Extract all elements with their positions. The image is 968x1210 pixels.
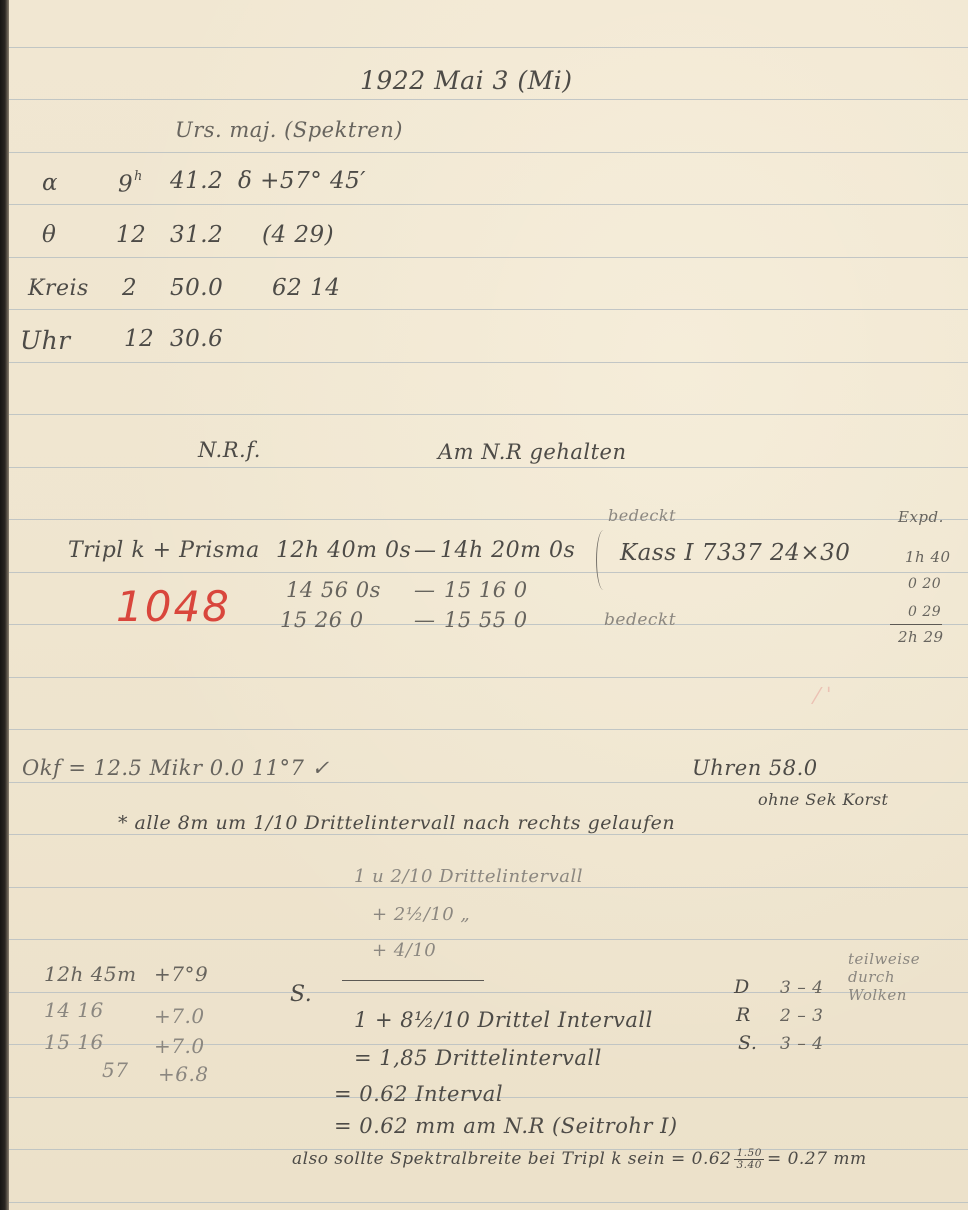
exposure-row-dash: — [414,608,436,632]
temperature-value: +7°9 [154,962,208,986]
exposure-row-note: bedeckt [604,610,676,630]
cassette-note: bedeckt [608,506,676,525]
conclusion-text: also sollte Spektralbreite bei Tripl k s… [292,1149,731,1169]
sum-overline [342,980,484,981]
pencil-calc-line: + 4/10 [372,940,436,961]
ruled-line [9,572,968,573]
equals-line: = 1,85 Drittelintervall [354,1046,602,1070]
ruled-line [9,992,968,993]
seeing-label: S. [738,1032,757,1054]
exposure-row-end: 14h 20m 0s [440,538,575,563]
notebook-page: ⁄ ˈ 1922 Mai 3 (Mi) Urs. maj. (Spektren)… [0,0,968,1210]
ruled-line [9,519,968,520]
temperature-value: +7.0 [154,1004,205,1028]
pencil-calc-line: + 2½/10 „ [372,904,470,925]
ruled-line [9,152,968,153]
object-row-ra-h: 2 [122,275,137,301]
okular-line: Okf = 12.5 Mikr 0.0 11°7 ✓ [22,756,330,780]
equals-line: = 0.62 mm am N.R (Seitrohr I) [334,1114,678,1138]
object-row-dec: (4 29) [262,222,334,248]
temperature-value: +6.8 [158,1062,209,1086]
instrument-label: Tripl k + Prisma [68,538,260,563]
seeing-label: R [736,1004,751,1026]
ruled-line [9,782,968,783]
object-row-label: α [42,170,58,196]
ruled-line [9,257,968,258]
temperature-value: +7.0 [154,1034,205,1058]
object-row-ra-m: 41.2 [170,168,223,194]
conclusion-fraction: 1.503.40 [734,1148,763,1171]
okular-footnote: * alle 8m um 1/10 Drittelintervall nach … [118,812,675,834]
object-row-dec: 62 14 [272,275,340,301]
object-row-ra-m: 30.6 [170,326,223,352]
seeing-label: D [734,976,750,998]
seeing-value: 2 – 3 [780,1006,823,1026]
ruled-line [9,1044,968,1045]
bracket-mark [596,530,611,590]
equals-line: = 0.62 Interval [334,1082,503,1106]
ruled-line [9,414,968,415]
ruled-line [9,47,968,48]
plate-number: 1048 [116,582,231,631]
object-row-ra-m: 31.2 [170,222,223,248]
exposure-row-end: 15 16 0 [444,578,528,602]
exposure-row-dash: — [414,578,436,602]
ruled-line [9,362,968,363]
sum-line: 1 + 8½/10 Drittel Intervall [354,1008,653,1032]
exposure-value: 0 20 [908,576,941,592]
seeing-value: 3 – 4 [780,978,823,998]
object-row-ra-h: 12 [124,326,154,352]
exposure-total: 2h 29 [898,628,944,646]
nrf-note: Am N.R gehalten [438,440,626,464]
exposure-sum-line [890,624,942,625]
ruled-line [9,939,968,940]
ruled-line [9,834,968,835]
cassette-info: Kass I 7337 24×30 [620,540,850,566]
ruled-line [9,99,968,100]
ruled-line [9,467,968,468]
object-row-label: Uhr [20,326,71,355]
ruled-line [9,887,968,888]
notebook-binding [0,0,9,1210]
sum-label: S. [290,982,312,1007]
seeing-value: 3 – 4 [780,1034,823,1054]
exposure-row-end: 15 55 0 [444,608,528,632]
exposure-value: 0 29 [908,604,941,620]
exposure-value: 1h 40 [905,548,951,566]
object-row-dec: δ +57° 45′ [238,168,366,194]
object-row-ra-h: 9h [118,168,143,197]
object-row-label: Kreis [28,276,89,301]
ruled-line [9,309,968,310]
exposure-row-start: 15 26 0 [280,608,364,632]
bleed-through-mark: ⁄ ˈ [815,685,832,710]
exposure-header: Expd. [898,508,944,526]
temperature-time: 14 16 [44,998,104,1022]
object-row-ra-h: 12 [116,222,146,248]
pencil-calc-line: 1 u 2/10 Drittelintervall [354,866,583,887]
exposure-row-start: 14 56 0s [286,578,381,602]
object-row-label: θ [42,222,56,248]
uhren-value: Uhren 58.0 [692,756,818,780]
object-title: Urs. maj. (Spektren) [175,118,403,142]
ruled-line [9,204,968,205]
nrf-label: N.R.f. [198,438,261,462]
page-date: 1922 Mai 3 (Mi) [360,66,572,95]
temperature-time: 57 [102,1058,128,1082]
ruled-line [9,729,968,730]
temperature-time: 12h 45m [44,962,137,986]
ruled-line [9,677,968,678]
ruled-line [9,1202,968,1203]
conclusion-result: = 0.27 mm [767,1149,867,1169]
exposure-row-dash: — [414,538,437,563]
temperature-time: 15 16 [44,1030,104,1054]
seeing-note: teilweise durch Wolken [848,950,958,1004]
exposure-row-start: 12h 40m 0s [276,538,411,563]
object-row-ra-m: 50.0 [170,275,223,301]
uhren-note: ohne Sek Korst [758,790,888,809]
conclusion-line: also sollte Spektralbreite bei Tripl k s… [292,1148,867,1171]
